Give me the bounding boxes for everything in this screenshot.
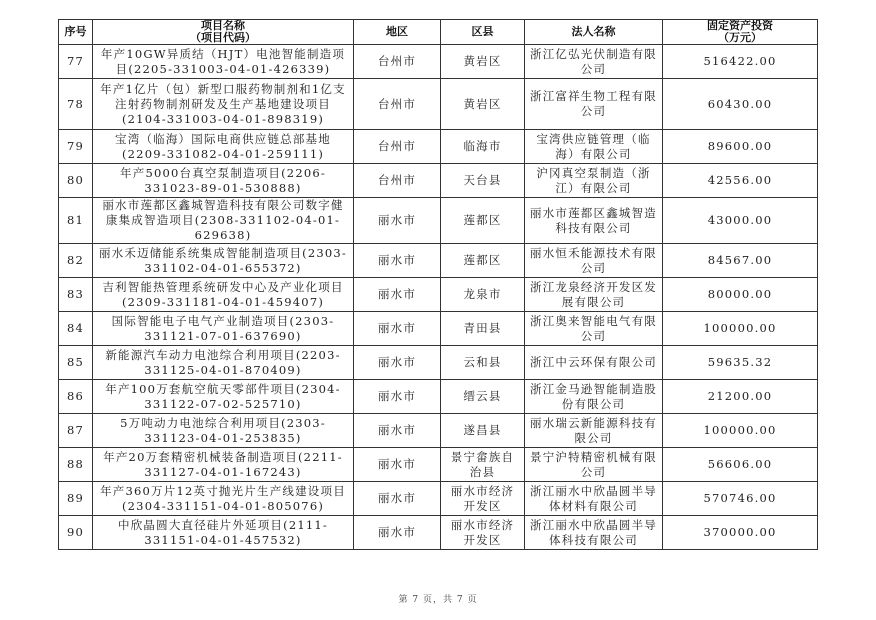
cell-seq: 90 <box>59 516 93 550</box>
table-row: 81 丽水市莲都区鑫城智造科技有限公司数字健康集成智造项目(2308-33110… <box>59 198 818 244</box>
cell-investment: 516422.00 <box>663 45 818 79</box>
cell-investment: 84567.00 <box>663 244 818 278</box>
cell-legal-person: 沪冈真空泵制造（浙江）有限公司 <box>525 164 663 198</box>
page-indicator: 第 7 页，共 7 页 <box>0 592 876 605</box>
cell-district: 莲都区 <box>441 198 525 244</box>
cell-investment: 100000.00 <box>663 312 818 346</box>
header-region: 地区 <box>354 20 441 45</box>
cell-legal-person: 浙江奥来智能电气有限公司 <box>525 312 663 346</box>
table-row: 84 国际智能电子电气产业制造项目(2303-331121-07-01-6376… <box>59 312 818 346</box>
cell-seq: 89 <box>59 482 93 516</box>
cell-project-name: 新能源汽车动力电池综合利用项目(2203-331125-04-01-870409… <box>93 346 354 380</box>
cell-region: 丽水市 <box>354 414 441 448</box>
cell-district: 临海市 <box>441 130 525 164</box>
cell-investment: 80000.00 <box>663 278 818 312</box>
cell-district: 黄岩区 <box>441 45 525 79</box>
cell-district: 景宁畲族自治县 <box>441 448 525 482</box>
table-row: 79 宝湾（临海）国际电商供应链总部基地(2209-331082-04-01-2… <box>59 130 818 164</box>
project-investment-table: 序号 项目名称 （项目代码） 地区 区县 法人名称 固定资产投资 （万元） 77… <box>58 19 818 550</box>
cell-region: 丽水市 <box>354 346 441 380</box>
header-seq: 序号 <box>59 20 93 45</box>
cell-region: 丽水市 <box>354 448 441 482</box>
cell-region: 丽水市 <box>354 380 441 414</box>
cell-investment: 60430.00 <box>663 79 818 130</box>
cell-region: 丽水市 <box>354 516 441 550</box>
cell-district: 青田县 <box>441 312 525 346</box>
cell-region: 丽水市 <box>354 312 441 346</box>
cell-seq: 85 <box>59 346 93 380</box>
cell-region: 丽水市 <box>354 278 441 312</box>
cell-seq: 82 <box>59 244 93 278</box>
cell-project-name: 年产1亿片（包）新型口服药物制剂和1亿支注射药物制剂研发及生产基地建设项目(21… <box>93 79 354 130</box>
cell-district: 云和县 <box>441 346 525 380</box>
cell-district: 遂昌县 <box>441 414 525 448</box>
table-row: 77 年产10GW异质结（HJT）电池智能制造项目(2205-331003-04… <box>59 45 818 79</box>
cell-district: 莲都区 <box>441 244 525 278</box>
cell-project-name: 年产10GW异质结（HJT）电池智能制造项目(2205-331003-04-01… <box>93 45 354 79</box>
header-investment-line2: （万元） <box>667 32 813 44</box>
cell-project-name: 中欣晶圆大直径硅片外延项目(2111-331151-04-01-457532) <box>93 516 354 550</box>
cell-investment: 43000.00 <box>663 198 818 244</box>
cell-investment: 100000.00 <box>663 414 818 448</box>
cell-seq: 77 <box>59 45 93 79</box>
table-header-row: 序号 项目名称 （项目代码） 地区 区县 法人名称 固定资产投资 （万元） <box>59 20 818 45</box>
cell-investment: 570746.00 <box>663 482 818 516</box>
cell-region: 丽水市 <box>354 244 441 278</box>
cell-region: 台州市 <box>354 164 441 198</box>
cell-project-name: 年产20万套精密机械装备制造项目(2211-331127-04-01-16724… <box>93 448 354 482</box>
cell-legal-person: 景宁沪特精密机械有限公司 <box>525 448 663 482</box>
cell-legal-person: 浙江亿弘光伏制造有限公司 <box>525 45 663 79</box>
cell-project-name: 丽水市莲都区鑫城智造科技有限公司数字健康集成智造项目(2308-331102-0… <box>93 198 354 244</box>
cell-investment: 89600.00 <box>663 130 818 164</box>
cell-seq: 86 <box>59 380 93 414</box>
cell-legal-person: 浙江富祥生物工程有限公司 <box>525 79 663 130</box>
table-row: 82 丽水禾迈储能系统集成智能制造项目(2303-331102-04-01-65… <box>59 244 818 278</box>
cell-seq: 84 <box>59 312 93 346</box>
cell-seq: 79 <box>59 130 93 164</box>
cell-project-name: 年产100万套航空航天零部件项目(2304-331122-07-02-52571… <box>93 380 354 414</box>
cell-legal-person: 丽水市莲都区鑫城智造科技有限公司 <box>525 198 663 244</box>
cell-seq: 81 <box>59 198 93 244</box>
header-legal-person: 法人名称 <box>525 20 663 45</box>
cell-legal-person: 浙江中云环保有限公司 <box>525 346 663 380</box>
cell-legal-person: 宝湾供应链管理（临海）有限公司 <box>525 130 663 164</box>
cell-investment: 21200.00 <box>663 380 818 414</box>
header-project-name-line2: （项目代码） <box>97 32 349 44</box>
cell-project-name: 年产360万片12英寸抛光片生产线建设项目(2304-331151-04-01-… <box>93 482 354 516</box>
cell-seq: 80 <box>59 164 93 198</box>
document-page: 序号 项目名称 （项目代码） 地区 区县 法人名称 固定资产投资 （万元） 77… <box>0 0 876 620</box>
cell-investment: 42556.00 <box>663 164 818 198</box>
table-row: 78 年产1亿片（包）新型口服药物制剂和1亿支注射药物制剂研发及生产基地建设项目… <box>59 79 818 130</box>
table-row: 80 年产5000台真空泵制造项目(2206-331023-89-01-5308… <box>59 164 818 198</box>
cell-project-name: 丽水禾迈储能系统集成智能制造项目(2303-331102-04-01-65537… <box>93 244 354 278</box>
cell-seq: 78 <box>59 79 93 130</box>
cell-legal-person: 丽水瑞云新能源科技有限公司 <box>525 414 663 448</box>
header-investment: 固定资产投资 （万元） <box>663 20 818 45</box>
table-row: 89 年产360万片12英寸抛光片生产线建设项目(2304-331151-04-… <box>59 482 818 516</box>
cell-region: 丽水市 <box>354 198 441 244</box>
cell-investment: 59635.32 <box>663 346 818 380</box>
header-project-name: 项目名称 （项目代码） <box>93 20 354 45</box>
cell-seq: 83 <box>59 278 93 312</box>
cell-project-name: 5万吨动力电池综合利用项目(2303-331123-04-01-253835) <box>93 414 354 448</box>
cell-seq: 88 <box>59 448 93 482</box>
cell-region: 台州市 <box>354 45 441 79</box>
cell-region: 台州市 <box>354 130 441 164</box>
cell-project-name: 吉利智能热管理系统研发中心及产业化项目(2309-331181-04-01-45… <box>93 278 354 312</box>
cell-legal-person: 浙江金马逊智能制造股份有限公司 <box>525 380 663 414</box>
table-row: 83 吉利智能热管理系统研发中心及产业化项目(2309-331181-04-01… <box>59 278 818 312</box>
cell-investment: 56606.00 <box>663 448 818 482</box>
table-row: 87 5万吨动力电池综合利用项目(2303-331123-04-01-25383… <box>59 414 818 448</box>
cell-legal-person: 浙江丽水中欣晶圆半导体科技有限公司 <box>525 516 663 550</box>
cell-legal-person: 浙江龙泉经济开发区发展有限公司 <box>525 278 663 312</box>
cell-district: 龙泉市 <box>441 278 525 312</box>
cell-legal-person: 丽水恒禾能源技术有限公司 <box>525 244 663 278</box>
cell-region: 丽水市 <box>354 482 441 516</box>
table-row: 90 中欣晶圆大直径硅片外延项目(2111-331151-04-01-45753… <box>59 516 818 550</box>
cell-legal-person: 浙江丽水中欣晶圆半导体材料有限公司 <box>525 482 663 516</box>
cell-seq: 87 <box>59 414 93 448</box>
table-row: 88 年产20万套精密机械装备制造项目(2211-331127-04-01-16… <box>59 448 818 482</box>
cell-project-name: 宝湾（临海）国际电商供应链总部基地(2209-331082-04-01-2591… <box>93 130 354 164</box>
cell-district: 丽水市经济开发区 <box>441 482 525 516</box>
header-district: 区县 <box>441 20 525 45</box>
cell-district: 丽水市经济开发区 <box>441 516 525 550</box>
cell-district: 黄岩区 <box>441 79 525 130</box>
cell-region: 台州市 <box>354 79 441 130</box>
cell-district: 天台县 <box>441 164 525 198</box>
cell-project-name: 年产5000台真空泵制造项目(2206-331023-89-01-530888) <box>93 164 354 198</box>
cell-investment: 370000.00 <box>663 516 818 550</box>
table-row: 86 年产100万套航空航天零部件项目(2304-331122-07-02-52… <box>59 380 818 414</box>
cell-district: 缙云县 <box>441 380 525 414</box>
table-row: 85 新能源汽车动力电池综合利用项目(2203-331125-04-01-870… <box>59 346 818 380</box>
cell-project-name: 国际智能电子电气产业制造项目(2303-331121-07-01-637690) <box>93 312 354 346</box>
